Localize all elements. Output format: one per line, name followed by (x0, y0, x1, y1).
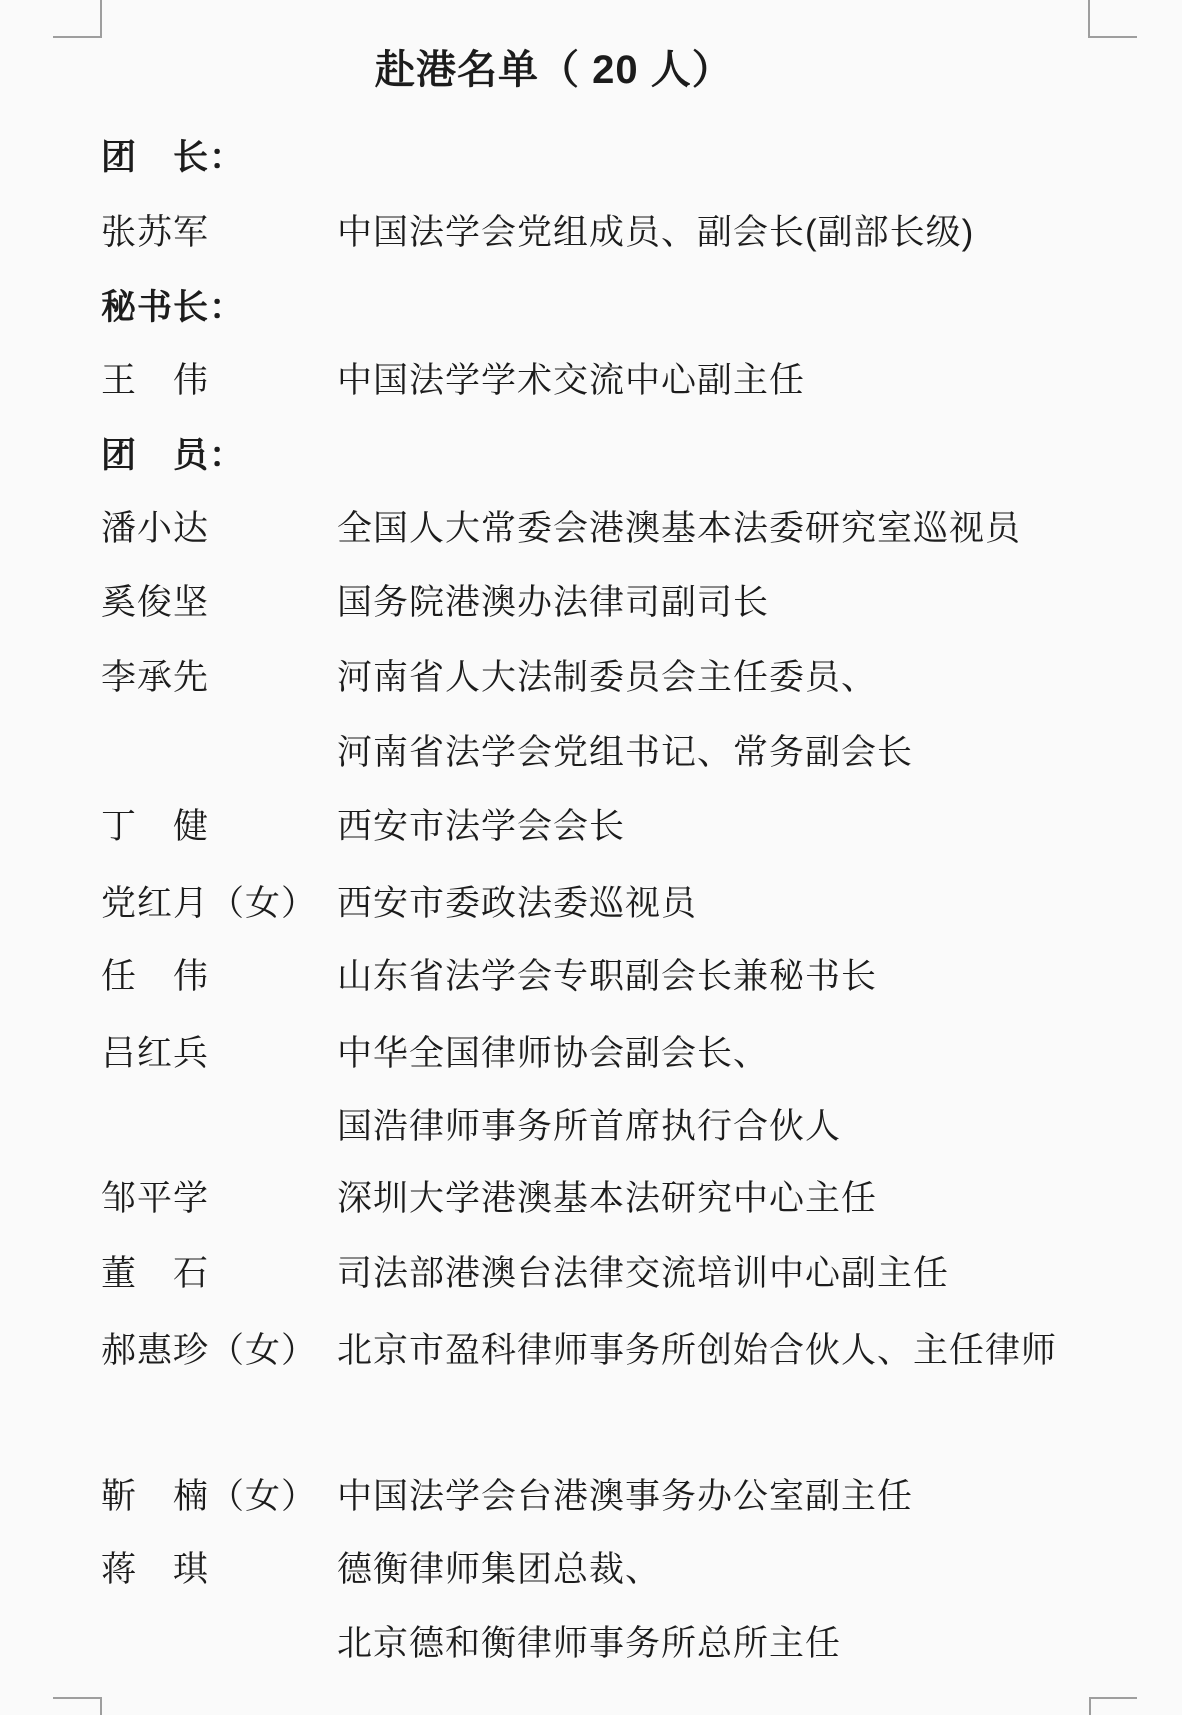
list-row-hao-huizhen: 郝惠珍（女） 北京市盈科律师事务所创始合伙人、主任律师 (101, 1333, 1121, 1368)
person-name: 潘小达 (101, 511, 337, 546)
list-row-dong-shi: 董 石 司法部港澳台法律交流培训中心副主任 (101, 1256, 1121, 1291)
person-name: 李承先 (101, 660, 337, 695)
person-name: 靳 楠（女） (101, 1479, 337, 1514)
section-heading-secretary-general: 秘书长： (101, 290, 1121, 325)
list-row-ren-wei: 任 伟 山东省法学会专职副会长兼秘书长 (101, 959, 1121, 994)
person-title: 西安市法学会会长 (337, 809, 625, 844)
list-row-lv-hongbing: 吕红兵 中华全国律师协会副会长、 (101, 1036, 1121, 1071)
person-name: 奚俊坚 (101, 585, 337, 620)
person-name (101, 735, 337, 770)
person-title: 中国法学学术交流中心副主任 (337, 363, 805, 398)
person-title: 司法部港澳台法律交流培训中心副主任 (337, 1256, 949, 1291)
person-name (101, 1109, 337, 1144)
person-title: 中华全国律师协会副会长、 (337, 1036, 769, 1071)
person-title: 河南省人大法制委员会主任委员、 (337, 660, 877, 695)
person-title: 北京市盈科律师事务所创始合伙人、主任律师 (337, 1333, 1057, 1368)
list-row-jiang-qi-continued: 北京德和衡律师事务所总所主任 (101, 1626, 1121, 1661)
list-row-li-chengxian-continued: 河南省法学会党组书记、常务副会长 (101, 735, 1121, 770)
person-name: 蒋 琪 (101, 1552, 337, 1587)
person-name: 邹平学 (101, 1181, 337, 1216)
list-row-li-chengxian: 李承先 河南省人大法制委员会主任委员、 (101, 660, 1121, 695)
person-title: 全国人大常委会港澳基本法委研究室巡视员 (337, 511, 1021, 546)
person-title: 中国法学会台港澳事务办公室副主任 (337, 1479, 913, 1514)
list-row-dang-hongyue: 党红月（女） 西安市委政法委巡视员 (101, 886, 1121, 921)
list-row-ding-jian: 丁 健 西安市法学会会长 (101, 809, 1121, 844)
person-title: 德衡律师集团总裁、 (337, 1552, 661, 1587)
section-heading-label: 团 员： (101, 438, 521, 473)
list-row-wang-wei: 王 伟 中国法学学术交流中心副主任 (101, 363, 1121, 398)
person-name: 党红月（女） (101, 886, 337, 921)
person-name: 郝惠珍（女） (101, 1333, 337, 1368)
person-name: 王 伟 (101, 363, 337, 398)
person-name: 任 伟 (101, 959, 337, 994)
person-title: 山东省法学会专职副会长兼秘书长 (337, 959, 877, 994)
person-name (101, 1626, 337, 1661)
section-heading-label: 团 长： (101, 140, 521, 175)
page-title: 赴港名单（ 20 人） (375, 50, 733, 90)
list-row-jiang-qi: 蒋 琪 德衡律师集团总裁、 (101, 1552, 1121, 1587)
person-title: 深圳大学港澳基本法研究中心主任 (337, 1181, 877, 1216)
scanned-document-page: 赴港名单（ 20 人） 团 长： 张苏军 中国法学会党组成员、副会长(副部长级)… (0, 0, 1182, 1715)
list-row-jin-nan: 靳 楠（女） 中国法学会台港澳事务办公室副主任 (101, 1479, 1121, 1514)
frame-corner-top-right-icon (1088, 0, 1137, 38)
person-title: 河南省法学会党组书记、常务副会长 (337, 735, 913, 770)
person-name: 吕红兵 (101, 1036, 337, 1071)
section-heading-members: 团 员： (101, 438, 1121, 473)
list-row-pan-xiaoda: 潘小达 全国人大常委会港澳基本法委研究室巡视员 (101, 511, 1121, 546)
section-heading-leader: 团 长： (101, 140, 1121, 175)
list-row-lv-hongbing-continued: 国浩律师事务所首席执行合伙人 (101, 1109, 1121, 1144)
list-row-xi-junjian: 奚俊坚 国务院港澳办法律司副司长 (101, 585, 1121, 620)
list-row-zou-pingxue: 邹平学 深圳大学港澳基本法研究中心主任 (101, 1181, 1121, 1216)
person-name: 丁 健 (101, 809, 337, 844)
person-title: 北京德和衡律师事务所总所主任 (337, 1626, 841, 1661)
person-name: 董 石 (101, 1256, 337, 1291)
person-name: 张苏军 (101, 215, 337, 250)
person-title: 国浩律师事务所首席执行合伙人 (337, 1109, 841, 1144)
person-title: 西安市委政法委巡视员 (337, 886, 697, 921)
section-heading-label: 秘书长： (101, 290, 521, 325)
frame-corner-bottom-right-icon (1089, 1697, 1137, 1715)
person-title: 中国法学会党组成员、副会长(副部长级) (337, 215, 974, 250)
frame-corner-top-left-icon (53, 0, 102, 38)
list-row-zhang-sujun: 张苏军 中国法学会党组成员、副会长(副部长级) (101, 215, 1121, 250)
person-title: 国务院港澳办法律司副司长 (337, 585, 769, 620)
frame-corner-bottom-left-icon (53, 1697, 102, 1715)
